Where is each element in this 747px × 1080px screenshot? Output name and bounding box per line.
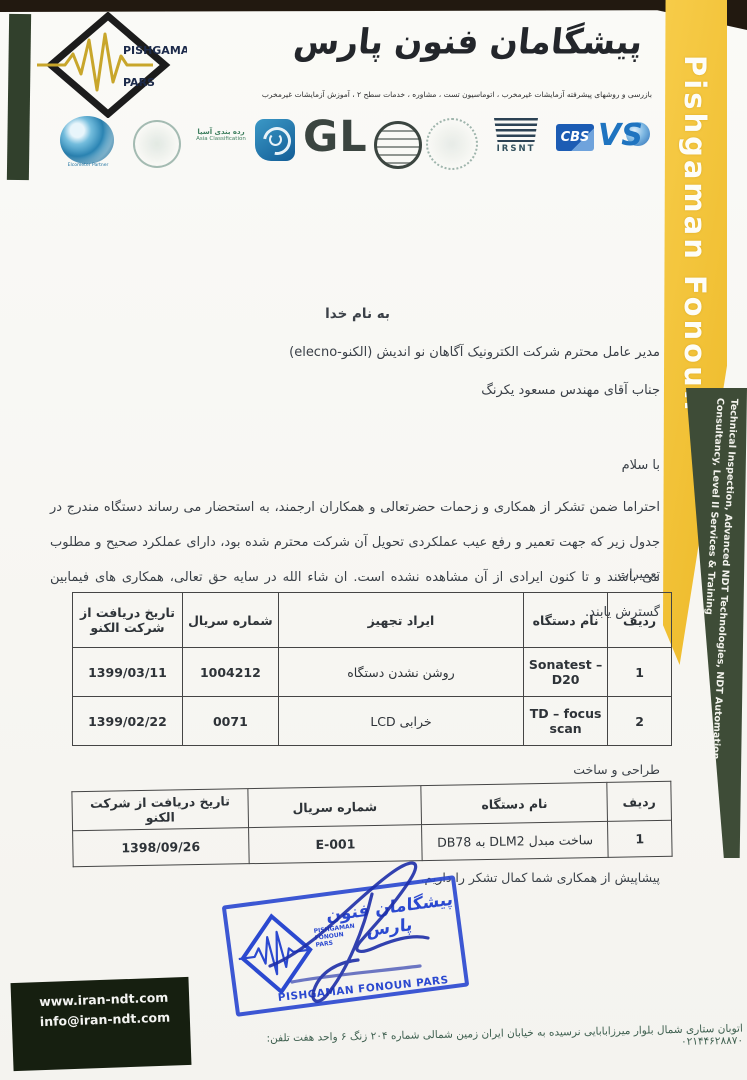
recipient-line-2: جناب آقای مهندس مسعود یکرنگ: [481, 383, 660, 398]
vs-label: VS: [598, 118, 643, 153]
cell-fault: خرابی LCD: [278, 697, 523, 746]
repairs-table: ردیف نام دستگاه ایراد تجهیز شماره سریال …: [72, 592, 672, 746]
cell-device-name: TD – focus scan: [524, 697, 608, 746]
asia-logo-fa: رده بندی آسیا: [190, 128, 252, 136]
cell-date: 1398/09/26: [73, 828, 249, 867]
left-accent-bar: [7, 14, 31, 180]
column-header: شماره سریال: [248, 786, 422, 828]
certification-seal-icon-2: [426, 118, 478, 170]
vs-logo: VS: [596, 116, 652, 154]
gl-logo: GL: [303, 112, 368, 162]
company-logo-icon: PISHGAMAN PARS: [35, 12, 187, 118]
cell-row-number: 1: [608, 820, 673, 857]
globe-logo: [60, 116, 114, 164]
yellow-ribbon-label: Pishgaman Fonoun: [678, 55, 712, 413]
column-header: شماره سریال: [182, 593, 278, 648]
column-header: ایراد تجهیز: [278, 593, 523, 648]
cell-date: 1399/03/11: [73, 648, 183, 697]
logo-text-1: PISHGAMAN: [123, 44, 187, 57]
design-section-title: طراحی و ساخت: [573, 762, 660, 777]
column-header: تاریخ دریافت از شرکت الکنو: [73, 593, 183, 648]
column-header: نام دستگاه: [524, 593, 608, 648]
column-header: تاریخ دریافت از شرکت الکنو: [72, 789, 248, 831]
scanned-letter-page: PISHGAMAN PARS پیشگامان فنون پارس بازرسی…: [0, 0, 747, 1080]
asia-classification-logo: رده بندی آسیا Asia Classification: [190, 128, 252, 142]
table-row: 1 Sonatest – D20 روشن نشدن دستگاه 100421…: [73, 648, 672, 697]
table-row: 2 TD – focus scan خرابی LCD 0071 1399/02…: [73, 697, 672, 746]
certification-seal-icon: [133, 120, 181, 168]
cell-row-number: 1: [608, 648, 672, 697]
column-header: ردیف: [608, 593, 672, 648]
irsnt-logo: IRSNT: [493, 118, 539, 154]
brand-title: پیشگامان فنون پارس: [292, 21, 645, 62]
green-ribbon-text: Technical Inspection, Advanced NDT Techn…: [693, 398, 740, 764]
globe-logo-caption: Elcometer Partner: [56, 163, 120, 168]
address-line: اتوبان ستاری شمال بلوار میرزابابایی نرسی…: [228, 1023, 743, 1058]
asia-logo-en: Asia Classification: [190, 136, 252, 142]
bismillah-heading: به نام خدا: [325, 306, 390, 322]
repairs-header-row: ردیف نام دستگاه ایراد تجهیز شماره سریال …: [73, 593, 672, 648]
irsnt-label: IRSNT: [493, 144, 539, 154]
swirl-certification-logo: [255, 119, 295, 161]
gl-globe-icon: [374, 121, 422, 169]
brand-tagline: بازرسی و روشهای پیشرفته آزمایشات غیرمخرب…: [262, 90, 652, 99]
logo-text-2: PARS: [123, 76, 155, 89]
cell-serial: 1004212: [182, 648, 278, 697]
cell-date: 1399/02/22: [73, 697, 183, 746]
recipient-line-1: مدیر عامل محترم شرکت الکترونیک آگاهان نو…: [289, 345, 660, 360]
cell-device-name: Sonatest – D20: [524, 648, 608, 697]
salutation: با سلام: [622, 458, 660, 473]
cell-row-number: 2: [608, 697, 672, 746]
irsnt-stripes-icon: [494, 118, 538, 142]
cbs-logo: CBS: [556, 124, 594, 151]
column-header: نام دستگاه: [421, 782, 607, 824]
repairs-section-title: تعمیرات: [617, 566, 660, 581]
column-header: ردیف: [607, 781, 672, 821]
email-text: info@iran-ndt.com: [40, 1007, 191, 1032]
signature: [252, 854, 482, 1024]
footer-contact-box: www.iran-ndt.com info@iran-ndt.com: [11, 977, 192, 1071]
green-ribbon: Technical Inspection, Advanced NDT Techn…: [686, 388, 747, 858]
cell-fault: روشن نشدن دستگاه: [278, 648, 523, 697]
cell-serial: 0071: [182, 697, 278, 746]
